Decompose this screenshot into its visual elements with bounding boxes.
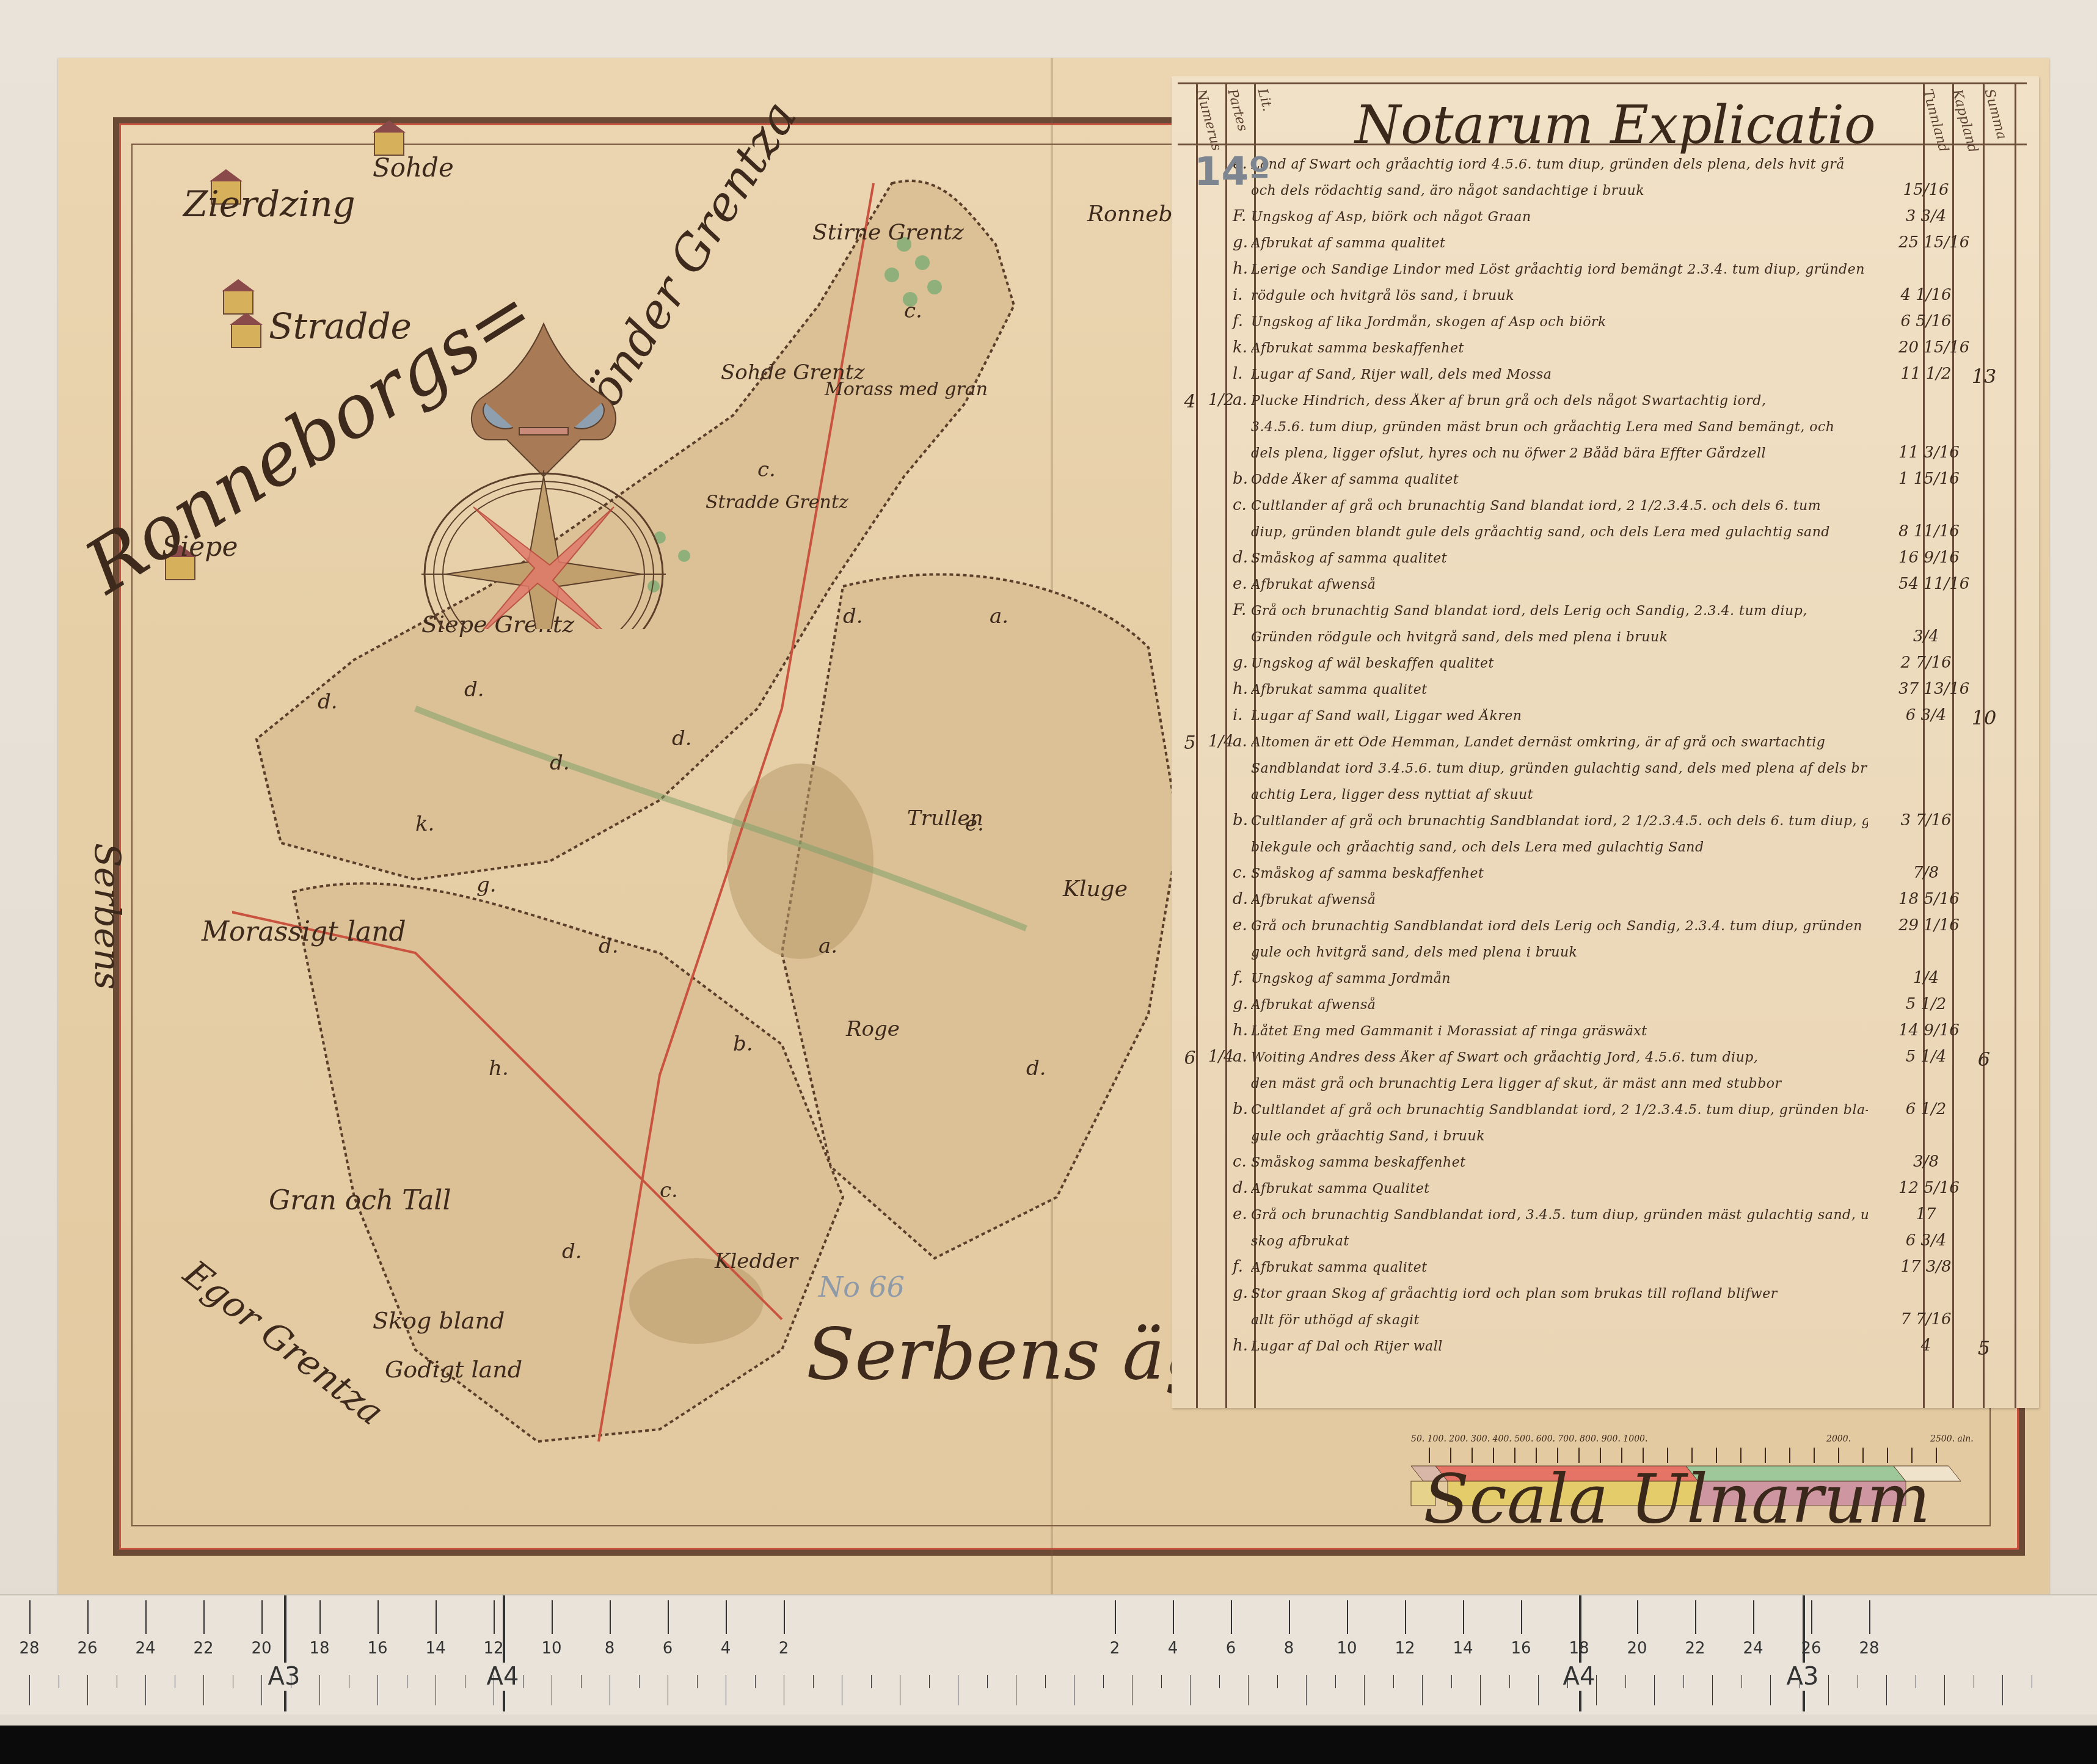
legend-row-letter: d.: [1233, 549, 1248, 567]
ruler-tick: [1800, 1675, 1800, 1688]
ruler-tick: [1770, 1675, 1771, 1705]
ruler-tick: [1451, 1675, 1452, 1688]
paper-size-label: A3: [268, 1663, 301, 1691]
ruler-tick: [1596, 1675, 1597, 1705]
legend-row: 61/4a.Woiting Andres dess Åker af Swart …: [1233, 1048, 2027, 1074]
legend-row-letter: e.: [1233, 1205, 1247, 1223]
legend-row-description: Afbrukat samma Qualitet: [1251, 1181, 1868, 1197]
place-label-sohde: Sohde: [373, 153, 454, 183]
legend-row-letter: g.: [1233, 233, 1248, 252]
place-label-kledder: Kledder: [715, 1249, 798, 1274]
legend-row: c.Småskog samma beskaffenhet3/8: [1233, 1153, 2027, 1179]
ruler-tick: [203, 1600, 205, 1634]
ruler-tick: [349, 1675, 349, 1688]
legend-row-description: Afbrukat af samma qualitet: [1251, 236, 1868, 251]
ruler-tick: [407, 1675, 407, 1688]
legend-top-rule: [1178, 82, 2027, 84]
legend-row: e.Grå och brunachtig Sandblandat iord, 3…: [1233, 1205, 2027, 1231]
legend-row-area: 37 13/16: [1898, 680, 1953, 698]
legend-row: l.Lugar af Sand, Rijer wall, dels med Mo…: [1233, 365, 2027, 391]
legend-row-area: 3 7/16: [1898, 811, 1953, 829]
ruler-tick: [726, 1600, 727, 1634]
legend-row-description: Cultlandet af grå och brunachtig Sandbla…: [1251, 1102, 1868, 1118]
legend-row-letter: h.: [1233, 680, 1248, 698]
legend-row-description: Grå och brunachtig Sandblandat iord, 3.4…: [1251, 1208, 1868, 1223]
place-label-morassigt-land: Morassigt land: [202, 916, 406, 947]
ruler-number: 2: [779, 1639, 789, 1658]
ruler-tick: [1393, 1675, 1394, 1688]
legend-row: gule och hvitgrå sand, dels med plena i …: [1233, 942, 2027, 969]
legend-row-letter: f.: [1233, 1258, 1243, 1276]
legend-row-description: Småskog af samma qualitet: [1251, 551, 1868, 566]
legend-row-description: Stor graan Skog af gråachtig iord och pl…: [1251, 1286, 1868, 1302]
legend-row-description: Ungskog af lika Jordmån, skogen af Asp o…: [1251, 315, 1868, 330]
place-label-stradde-grentz: Stradde Grentz: [706, 492, 848, 513]
legend-row: b.Odde Åker af samma qualitet1 15/16: [1233, 470, 2027, 496]
legend-row: Gründen rödgule och hvitgrå sand, dels m…: [1233, 627, 2027, 654]
farmhouse-icon: [223, 290, 253, 315]
place-label-godigt-land: Godigt land: [385, 1356, 522, 1383]
legend-row-letter: i.: [1233, 706, 1243, 724]
ruler-tick: [1190, 1675, 1191, 1705]
legend-row-description: Cultlander af grå och brunachtig Sandbla…: [1251, 814, 1868, 829]
legend-row-area: 11 1/2: [1898, 365, 1953, 383]
legend-row-description: achtig Lera, ligger dess nyttiat af skuu…: [1251, 787, 1868, 803]
ruler-tick: [2002, 1675, 2003, 1705]
legend-row-description: Ungskog af samma Jordmån: [1251, 971, 1868, 986]
ruler-tick: [842, 1675, 842, 1705]
legend-row-description: Afbrukat afwenså: [1251, 997, 1868, 1013]
legend-row-description: Altomen är ett Öde Hemman, Landet dernäs…: [1251, 735, 1868, 750]
paper-size-label: A3: [1787, 1663, 1819, 1691]
legend-row-area: 5 1/4: [1898, 1048, 1953, 1066]
ruler-tick: [581, 1675, 582, 1688]
svg-text:k.: k.: [415, 812, 434, 836]
place-label-morass-med-gran: Morass med gran: [825, 379, 988, 400]
legend-row-description: Odde Åker af samma qualitet: [1251, 472, 1868, 487]
ruler-number: 4: [721, 1639, 731, 1658]
legend-row-description: Cultlander af grå och brunachtig Sand bl…: [1251, 498, 1868, 514]
legend-row-area: 3/4: [1898, 627, 1953, 646]
ruler-number: 10: [541, 1639, 561, 1658]
place-label-trullen: Trullen: [907, 806, 983, 831]
legend-row: e.Afbrukat afwenså54 11/16: [1233, 575, 2027, 601]
ruler-tick: [494, 1675, 494, 1705]
legend-row: F.Ungskog af Asp, biörk och något Graan3…: [1233, 207, 2027, 233]
ruler-tick: [494, 1600, 495, 1634]
legend-row-description: Grå och brunachtig Sand blandat iord, de…: [1251, 603, 1868, 619]
legend-row-area: 3/8: [1898, 1153, 1953, 1171]
legend-row-description: Grå och brunachtig Sandblandat iord dels…: [1251, 919, 1868, 934]
ruler-tick: [552, 1600, 553, 1634]
legend-row-area: 8 11/16: [1898, 522, 1953, 541]
ruler-tick: [1567, 1675, 1568, 1688]
svg-text:a.: a.: [990, 604, 1008, 629]
legend-row: 41/2a.Plucke Hindrich, dess Åker af brun…: [1233, 391, 2027, 417]
legend-title: Notarum Explicatio: [1355, 95, 1876, 156]
ruler-tick: [87, 1600, 89, 1634]
legend-row: h.Lerige och Sandige Lindor med Löst grå…: [1233, 260, 2027, 286]
ruler-tick: [784, 1600, 785, 1634]
legend-row-area: 1/4: [1898, 969, 1953, 987]
ruler-tick: [1405, 1600, 1406, 1634]
ruler-tick: [377, 1675, 378, 1705]
ruler-tick: [1712, 1675, 1713, 1705]
legend-row: g.Ungskog af wäl beskaffen qualitet2 7/1…: [1233, 654, 2027, 680]
ruler-tick: [233, 1675, 233, 1688]
ruler-tick: [1538, 1675, 1539, 1705]
legend-row-description: Småskog samma beskaffenhet: [1251, 1155, 1868, 1170]
scanner-bed-edge: [0, 1726, 2097, 1764]
ruler-tick: [29, 1675, 30, 1705]
ruler-tick: [1422, 1675, 1423, 1705]
legend-row-description: Lugar af Sand, Rijer wall, dels med Moss…: [1251, 367, 1868, 382]
ruler-tick: [465, 1675, 465, 1688]
legend-row-area: 4 1/16: [1898, 286, 1953, 304]
ruler-tick: [726, 1675, 726, 1705]
ruler-number: 28: [19, 1639, 39, 1658]
legend-row: 3.4.5.6. tum diup, gründen mäst brun och…: [1233, 417, 2027, 443]
ruler-tick: [1306, 1675, 1307, 1705]
legend-row-number: 6: [1178, 1048, 1202, 1069]
measuring-ruler: 2826242220181614121086422468101214161820…: [0, 1594, 2097, 1715]
legend-row-letter: f.: [1233, 969, 1243, 987]
legend-row-letter: b.: [1233, 811, 1248, 829]
legend-row-number: 5: [1178, 732, 1202, 754]
legend-row: f.Afbrukat samma qualitet17 3/8: [1233, 1258, 2027, 1284]
ruler-number: 14: [1453, 1639, 1473, 1658]
legend-row-description: gule och gråachtig Sand, i bruuk: [1251, 1129, 1868, 1144]
ruler-number: 14: [425, 1639, 445, 1658]
legend-row-description: Plucke Hindrich, dess Åker af brun grå o…: [1251, 393, 1868, 409]
ruler-tick: [1683, 1675, 1684, 1688]
legend-row-description: Woiting Andres dess Åker af Swart och gr…: [1251, 1050, 1868, 1065]
ruler-tick: [291, 1675, 291, 1688]
legend-row-area: 6 3/4: [1898, 1231, 1953, 1250]
legend-row-letter: g.: [1233, 995, 1248, 1013]
ruler-tick: [1335, 1675, 1336, 1688]
ruler-tick: [1480, 1675, 1481, 1705]
legend-row: blekgule och gråachtig sand, och dels Le…: [1233, 837, 2027, 864]
legend-row: achtig Lera, ligger dess nyttiat af skuu…: [1233, 785, 2027, 811]
ruler-tick: [29, 1600, 31, 1634]
legend-row-letter: c.: [1233, 864, 1247, 882]
ruler-number: 12: [1395, 1639, 1415, 1658]
ruler-tick: [1828, 1675, 1829, 1705]
svg-text:c.: c.: [904, 299, 922, 323]
legend-row: 51/4a.Altomen är ett Öde Hemman, Landet …: [1233, 732, 2027, 759]
legend-row-area: 12 5/16: [1898, 1179, 1953, 1197]
svg-text:a.: a.: [819, 934, 837, 958]
paper-size-marker: [1579, 1595, 1581, 1711]
place-label-zierdzing: Zierdzing: [183, 183, 356, 225]
legend-row-area: 15/16: [1898, 181, 1953, 199]
ruler-tick: [1944, 1675, 1945, 1705]
legend-row-description: och dels rödachtig sand, äro något sanda…: [1251, 183, 1868, 199]
ruler-tick: [987, 1675, 988, 1688]
legend-row-description: Afbrukat afwenså: [1251, 577, 1868, 592]
legend-row-letter: a.: [1233, 1048, 1247, 1066]
legend-row: i.rödgule och hvitgrå lös sand, i bruuk4…: [1233, 286, 2027, 312]
legend-row-description: 3.4.5.6. tum diup, gründen mäst brun och…: [1251, 420, 1868, 435]
farmhouse-icon: [231, 324, 261, 348]
scale-tick-label: 50. 100. 200. 300. 400. 500. 600. 700. 8…: [1411, 1434, 1647, 1444]
legend-row-description: diup, gründen blandt gule dels gråachtig…: [1251, 525, 1868, 540]
scale-tick-label: 2500. aln.: [1930, 1434, 1974, 1444]
legend-row-description: Afbrukat samma beskaffenhet: [1251, 341, 1868, 356]
svg-text:d.: d.: [1026, 1056, 1046, 1081]
ruler-tick: [261, 1675, 262, 1705]
legend-row: i.Lugar af Sand wall, Liggar wed Åkren6 …: [1233, 706, 2027, 732]
ruler-tick: [175, 1675, 175, 1688]
legend-row-letter: d.: [1233, 890, 1248, 908]
ruler-tick: [319, 1600, 321, 1634]
legend-row-area: 17 3/8: [1898, 1258, 1953, 1276]
legend-row-description: dels plena, ligger ofslut, hyres och nu …: [1251, 446, 1868, 461]
legend-row-letter: b.: [1233, 470, 1248, 488]
legend-row: skog afbrukat6 3/4: [1233, 1231, 2027, 1258]
ruler-tick: [436, 1600, 437, 1634]
legend-row: e.Land af Swart och gråachtig iord 4.5.6…: [1233, 155, 2027, 181]
legend-row-letter: c.: [1233, 1153, 1247, 1171]
ruler-tick: [1869, 1600, 1870, 1634]
legend-row-area: 11 3/16: [1898, 443, 1953, 462]
legend-row: g.Afbrukat af samma qualitet25 15/16: [1233, 233, 2027, 260]
legend-row-area: 7/8: [1898, 864, 1953, 882]
ruler-number: 10: [1337, 1639, 1357, 1658]
legend-row-area: 14 9/16: [1898, 1021, 1953, 1040]
svg-text:d.: d.: [843, 604, 863, 629]
svg-text:d.: d.: [318, 690, 338, 714]
legend-row: F.Grå och brunachtig Sand blandat iord, …: [1233, 601, 2027, 627]
legend-row: f.Ungskog af lika Jordmån, skogen af Asp…: [1233, 312, 2027, 338]
legend-row: b.Cultlandet af grå och brunachtig Sandb…: [1233, 1100, 2027, 1126]
scale-tick-label: 2000.: [1826, 1434, 1851, 1444]
ruler-number: 8: [1284, 1639, 1294, 1658]
svg-text:c.: c.: [660, 1178, 678, 1203]
paper-size-label: A4: [487, 1663, 519, 1691]
paper-size-marker: [284, 1595, 286, 1711]
ruler-tick: [871, 1675, 872, 1688]
ruler-tick: [784, 1675, 784, 1705]
ruler-tick: [668, 1675, 668, 1705]
compass-rose-icon: [421, 250, 666, 629]
ruler-tick: [1509, 1675, 1510, 1688]
legend-row-letter: F.: [1233, 207, 1246, 225]
ruler-tick: [958, 1675, 958, 1705]
ruler-tick: [1886, 1675, 1887, 1705]
legend-row-letter: i.: [1233, 286, 1243, 304]
legend-row-fraction: 1/2: [1208, 391, 1233, 409]
legend-row: d.Afbrukat samma Qualitet12 5/16: [1233, 1179, 2027, 1205]
legend-row: Sandblandat iord 3.4.5.6. tum diup, grün…: [1233, 759, 2027, 785]
svg-text:d.: d.: [550, 751, 570, 775]
legend-row-area: 6 5/16: [1898, 312, 1953, 330]
paper-size-label: A4: [1563, 1663, 1596, 1691]
legend-row-letter: a.: [1233, 391, 1247, 409]
svg-text:b.: b.: [733, 1032, 753, 1056]
ruler-number: 22: [193, 1639, 213, 1658]
ruler-number: 6: [1226, 1639, 1236, 1658]
ruler-tick: [755, 1675, 756, 1688]
ruler-number: 26: [77, 1639, 97, 1658]
legend-row: d.Småskog af samma qualitet16 9/16: [1233, 549, 2027, 575]
legend-col-header-lit: Lit.: [1255, 87, 1275, 113]
legend-row-description: Lerige och Sandige Lindor med Löst gråac…: [1251, 262, 1868, 277]
archive-reference-mark: 14º: [1194, 150, 1271, 195]
paper-size-marker: [1803, 1595, 1805, 1711]
ruler-tick: [1231, 1600, 1232, 1634]
legend-row-area: 54 11/16: [1898, 575, 1953, 593]
legend-row-description: gule och hvitgrå sand, dels med plena i …: [1251, 945, 1868, 960]
legend-row-description: Lugar af Dal och Rijer wall: [1251, 1339, 1868, 1354]
legend-row: k.Afbrukat samma beskaffenhet20 15/16: [1233, 338, 2027, 365]
legend-row-area: 18 5/16: [1898, 890, 1953, 908]
place-label-roge: Roge: [846, 1017, 900, 1041]
legend-row: b.Cultlander af grå och brunachtig Sandb…: [1233, 811, 2027, 837]
ruler-number: 20: [1627, 1639, 1647, 1658]
legend-row-description: Ungskog af Asp, biörk och något Graan: [1251, 210, 1868, 225]
legend-row-number: 4: [1178, 391, 1202, 412]
ruler-number: 22: [1685, 1639, 1705, 1658]
legend-row: och dels rödachtig sand, äro något sanda…: [1233, 181, 2027, 207]
legend-row-area: 7 7/16: [1898, 1310, 1953, 1328]
legend-row: e.Grå och brunachtig Sandblandat iord de…: [1233, 916, 2027, 942]
ruler-tick: [668, 1600, 669, 1634]
ruler-tick: [1277, 1675, 1278, 1688]
legend-rows: e.Land af Swart och gråachtig iord 4.5.6…: [1233, 155, 2027, 1363]
legend-row: gule och gråachtig Sand, i bruuk: [1233, 1126, 2027, 1153]
ruler-number: 16: [1511, 1639, 1531, 1658]
legend-row-fraction: 1/4: [1208, 732, 1233, 751]
place-label-kluge: Kluge: [1063, 877, 1128, 902]
svg-text:d.: d.: [562, 1239, 582, 1264]
paper-size-marker: [503, 1595, 505, 1711]
legend-row-letter: e.: [1233, 916, 1247, 935]
ruler-tick: [1625, 1675, 1626, 1688]
ruler-tick: [59, 1675, 59, 1688]
legend-row: c.Cultlander af grå och brunachtig Sand …: [1233, 496, 2027, 522]
legend-row: h.Afbrukat samma qualitet37 13/16: [1233, 680, 2027, 706]
legend-row-description: Gründen rödgule och hvitgrå sand, dels m…: [1251, 630, 1868, 645]
ruler-tick: [523, 1675, 523, 1688]
ruler-tick: [1248, 1675, 1249, 1705]
ruler-tick: [1016, 1675, 1016, 1705]
legend-row-area: 5 1/2: [1898, 995, 1953, 1013]
legend-row-letter: l.: [1233, 365, 1243, 383]
legend-row-letter: f.: [1233, 312, 1243, 330]
legend-row-letter: b.: [1233, 1100, 1248, 1118]
ruler-tick: [1045, 1675, 1046, 1688]
ruler-tick: [813, 1675, 814, 1688]
legend-row-description: Småskog af samma beskaffenhet: [1251, 866, 1868, 881]
ruler-number: 6: [663, 1639, 673, 1658]
legend-row: dels plena, ligger ofslut, hyres och nu …: [1233, 443, 2027, 470]
ruler-tick: [261, 1600, 263, 1634]
legend-col-header-summa: Summa: [1982, 87, 2010, 141]
legend-row-description: den mäst grå och brunachtig Lera ligger …: [1251, 1076, 1868, 1092]
legend-row-total: 13: [1960, 365, 2008, 388]
ruler-tick: [1695, 1600, 1696, 1634]
legend-row-letter: g.: [1233, 654, 1248, 672]
ruler-tick: [377, 1600, 379, 1634]
legend-row-letter: F.: [1233, 601, 1246, 619]
ruler-tick: [610, 1675, 610, 1705]
place-label-skog-bland: Skog bland: [373, 1307, 505, 1334]
legend-row-total: 10: [1960, 706, 2008, 729]
ruler-tick: [1858, 1675, 1858, 1688]
ruler-tick: [1161, 1675, 1162, 1688]
ruler-tick: [1289, 1600, 1290, 1634]
ruler-number: 20: [251, 1639, 271, 1658]
ruler-tick: [1811, 1600, 1812, 1634]
place-label-no-66: No 66: [819, 1270, 905, 1303]
legend-row-area: 1 15/16: [1898, 470, 1953, 488]
legend-row-area: 20 15/16: [1898, 338, 1953, 357]
legend-row-letter: h.: [1233, 260, 1248, 278]
legend-row: diup, gründen blandt gule dels gråachtig…: [1233, 522, 2027, 549]
legend-row-area: 4: [1898, 1336, 1953, 1355]
ruler-tick: [1637, 1600, 1638, 1634]
legend-row-letter: g.: [1233, 1284, 1248, 1302]
ruler-tick: [1364, 1675, 1365, 1705]
svg-text:d.: d.: [599, 934, 619, 958]
ruler-tick: [1132, 1675, 1132, 1705]
legend-row-letter: h.: [1233, 1021, 1248, 1040]
legend-row-letter: e.: [1233, 575, 1247, 593]
ruler-number: 2: [1110, 1639, 1120, 1658]
legend-row: c.Småskog af samma beskaffenhet7/8: [1233, 864, 2027, 890]
ruler-tick: [436, 1675, 436, 1705]
legend-row: d.Afbrukat afwenså18 5/16: [1233, 890, 2027, 916]
ruler-tick: [1654, 1675, 1655, 1705]
legend-row-description: skog afbrukat: [1251, 1234, 1868, 1249]
ruler-tick: [610, 1600, 611, 1634]
svg-text:c.: c.: [757, 457, 776, 482]
legend-row-description: Afbrukat samma qualitet: [1251, 1260, 1868, 1275]
legend-row-total: 5: [1960, 1336, 2008, 1360]
ruler-tick: [1103, 1675, 1104, 1688]
ruler-tick: [87, 1675, 88, 1705]
legend-row: allt för uthögd af skagit7 7/16: [1233, 1310, 2027, 1336]
legend-row: h.Lugar af Dal och Rijer wall45: [1233, 1336, 2027, 1363]
ruler-tick: [1347, 1600, 1348, 1634]
ruler-number: 16: [367, 1639, 387, 1658]
ruler-number: 18: [309, 1639, 329, 1658]
legend-row-description: blekgule och gråachtig sand, och dels Le…: [1251, 840, 1868, 855]
legend-row-letter: a.: [1233, 732, 1247, 751]
legend-row-letter: d.: [1233, 1179, 1248, 1197]
legend-row-area: 2 7/16: [1898, 654, 1953, 672]
legend-row: h.Låtet Eng med Gammanit i Morassiat af …: [1233, 1021, 2027, 1048]
ruler-tick: [145, 1600, 147, 1634]
legend-row-letter: c.: [1233, 496, 1247, 514]
legend-row: den mäst grå och brunachtig Lera ligger …: [1233, 1074, 2027, 1100]
legend-row-description: Afbrukat afwenså: [1251, 892, 1868, 908]
farmhouse-icon: [374, 131, 404, 156]
legend-row-area: 29 1/16: [1898, 916, 1953, 935]
ruler-tick: [117, 1675, 117, 1688]
legend-row-area: 6 3/4: [1898, 706, 1953, 724]
ruler-tick: [900, 1675, 900, 1705]
legend-row-description: rödgule och hvitgrå lös sand, i bruuk: [1251, 288, 1868, 304]
ruler-tick: [1521, 1600, 1522, 1634]
legend-col-header-partes: Partes: [1224, 87, 1250, 133]
ruler-tick: [1974, 1675, 1974, 1688]
ruler-tick: [2032, 1675, 2032, 1688]
legend-row-area: 6 1/2: [1898, 1100, 1953, 1118]
legend-row-letter: h.: [1233, 1336, 1248, 1355]
